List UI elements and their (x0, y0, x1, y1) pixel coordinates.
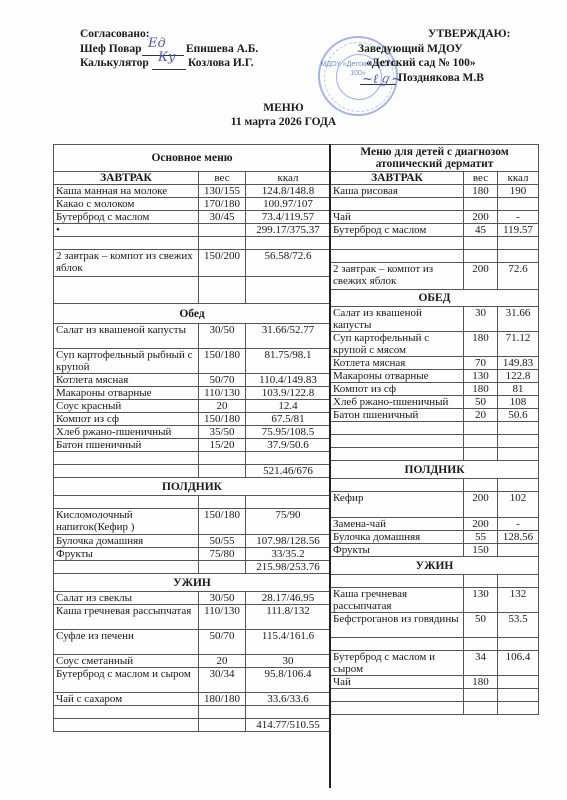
dish-kcal: 149.83 (498, 357, 539, 370)
dish-weight: 50 (464, 396, 498, 409)
dish-kcal (498, 479, 539, 492)
atopic-menu-table: Меню для детей с диагнозом атопический д… (330, 144, 539, 715)
dish-kcal: 81.75/98.1 (246, 349, 331, 374)
chef-role: Шеф Повар (80, 43, 141, 55)
dish-kcal (498, 198, 539, 211)
dish-kcal: 33.6/33.6 (246, 693, 331, 706)
table-row (54, 237, 331, 250)
table-title-row: Меню для детей с диагнозом атопический д… (331, 145, 539, 172)
dish-name (54, 706, 199, 719)
table-row: Суп картофельный с крупой с мясом18071.1… (331, 332, 539, 357)
table-row: Суп картофельный рыбный с крупой150/1808… (54, 349, 331, 374)
dish-weight: 50/70 (199, 374, 246, 387)
dish-kcal: 31.66/52.77 (246, 324, 331, 349)
table-row: Бутерброд с маслом45119.57 (331, 224, 539, 237)
dish-name: Компот из сф (54, 413, 199, 426)
dish-kcal (246, 277, 331, 304)
dish-name: Батон пшеничный (331, 409, 464, 422)
dish-weight: 20 (199, 400, 246, 413)
dish-name: Суп картофельный с крупой с мясом (331, 332, 464, 357)
dish-name: • (54, 224, 199, 237)
section-header-row: Обед (54, 304, 331, 324)
approver-name: Позднякова М.В (398, 72, 484, 84)
dish-kcal: 53.5 (498, 613, 539, 638)
dish-name: Чай с сахаром (54, 693, 199, 706)
column-header-kcal: ккал (246, 172, 331, 185)
calculator-signature: Ку (158, 50, 176, 65)
dish-weight: 50 (464, 613, 498, 638)
table-row (54, 706, 331, 719)
dish-name (54, 277, 199, 304)
column-header-weight: вес (199, 172, 246, 185)
dish-kcal (498, 676, 539, 689)
dish-name: Котлета мясная (54, 374, 199, 387)
dish-kcal (498, 575, 539, 588)
dish-name: Чай (331, 211, 464, 224)
dish-name (331, 237, 464, 250)
dish-weight (199, 237, 246, 250)
dish-weight: 130/155 (199, 185, 246, 198)
table-row: Соус сметанный2030 (54, 655, 331, 668)
dish-name (54, 561, 199, 574)
dish-weight (464, 250, 498, 263)
dish-weight: 200 (464, 492, 498, 518)
dish-weight: 35/50 (199, 426, 246, 439)
dish-weight: 130 (464, 370, 498, 383)
dish-kcal (246, 237, 331, 250)
dish-weight: 45 (464, 224, 498, 237)
dish-kcal: 110.4/149.83 (246, 374, 331, 387)
table-row: 2 завтрак – компот из свежих яблок150/20… (54, 250, 331, 277)
dish-weight (199, 277, 246, 304)
dish-weight: 150/180 (199, 349, 246, 374)
section-title-breakfast: ЗАВТРАК (54, 172, 199, 185)
table-row: Батон пшеничный2050.6 (331, 409, 539, 422)
table-row (331, 250, 539, 263)
table-row: Фрукты150 (331, 544, 539, 557)
dish-name: Котлета мясная (331, 357, 464, 370)
dish-name (331, 422, 464, 435)
dish-kcal: 132 (498, 588, 539, 613)
table-row: Бутерброд с маслом30/4573.4/119.57 (54, 211, 331, 224)
dish-kcal (498, 422, 539, 435)
document-title: МЕНЮ (0, 102, 567, 114)
dish-weight: 30/45 (199, 211, 246, 224)
dish-kcal: 108 (498, 396, 539, 409)
dish-name (331, 638, 464, 651)
table-row: Чай с сахаром180/18033.6/33.6 (54, 693, 331, 706)
dish-name: Булочка домашняя (54, 535, 199, 548)
chef-name: Епишева А.Б. (186, 43, 258, 55)
dish-kcal: 75/90 (246, 509, 331, 535)
dish-name: Бутерброд с маслом и сыром (54, 668, 199, 693)
section-title: ПОЛДНИК (331, 461, 539, 479)
section-title: ПОЛДНИК (54, 478, 331, 496)
dish-weight: 130 (464, 588, 498, 613)
dish-name: Суп картофельный рыбный с крупой (54, 349, 199, 374)
dish-kcal: 414.77/510.55 (246, 719, 331, 732)
dish-kcal: 128.56 (498, 531, 539, 544)
table-row: Каша манная на молоке130/155124.8/148.8 (54, 185, 331, 198)
dish-kcal: 106.4 (498, 651, 539, 676)
dish-weight: 34 (464, 651, 498, 676)
table-row: Булочка домашняя50/55107.98/128.56 (54, 535, 331, 548)
dish-kcal (498, 237, 539, 250)
dish-kcal: 122.8 (498, 370, 539, 383)
dish-kcal: 95.8/106.4 (246, 668, 331, 693)
section-header-row: УЖИН (54, 574, 331, 592)
calculator-name: Козлова И.Г. (188, 57, 254, 69)
dish-weight: 110/130 (199, 387, 246, 400)
dish-name: Каша гречневая рассыпчатая (54, 605, 199, 630)
table-row: Кисломолочный напиток(Кефир )150/18075/9… (54, 509, 331, 535)
dish-kcal: 71.12 (498, 332, 539, 357)
section-header-row: УЖИН (331, 557, 539, 575)
dish-kcal (498, 702, 539, 715)
table-title: Основное меню (54, 145, 331, 172)
dish-kcal (246, 452, 331, 465)
dish-kcal: 67.5/81 (246, 413, 331, 426)
dish-kcal: 33/35.2 (246, 548, 331, 561)
dish-weight: 30/50 (199, 324, 246, 349)
table-row: Котлета мясная70149.83 (331, 357, 539, 370)
dish-kcal: 124.8/148.8 (246, 185, 331, 198)
approver-signature: ~ℓℊ~ (362, 68, 402, 87)
dish-weight: 30 (464, 307, 498, 332)
table-row: Хлеб ржано-пшеничный50108 (331, 396, 539, 409)
dish-weight (199, 561, 246, 574)
dish-weight: 150/180 (199, 509, 246, 535)
dish-weight (199, 496, 246, 509)
section-title: УЖИН (54, 574, 331, 592)
dish-weight: 200 (464, 518, 498, 531)
dish-name (331, 250, 464, 263)
section-title: УЖИН (331, 557, 539, 575)
dish-kcal: - (498, 518, 539, 531)
table-title: Меню для детей с диагнозом атопический д… (331, 145, 539, 172)
table-row: Булочка домашняя55128.56 (331, 531, 539, 544)
dish-name: Салат из свеклы (54, 592, 199, 605)
dish-weight: 180 (464, 676, 498, 689)
dish-name (331, 479, 464, 492)
dish-weight: 20 (464, 409, 498, 422)
dish-kcal (498, 638, 539, 651)
section-header-row: ЗАВТРАКвесккал (331, 172, 539, 185)
dish-weight (199, 706, 246, 719)
table-row: Макароны отварные130122.8 (331, 370, 539, 383)
section-title: ОБЕД (331, 290, 539, 307)
dish-name (331, 198, 464, 211)
table-row (54, 496, 331, 509)
section-title-breakfast: ЗАВТРАК (331, 172, 464, 185)
dish-weight: 15/20 (199, 439, 246, 452)
table-row: Замена-чай200- (331, 518, 539, 531)
dish-kcal: 50.6 (498, 409, 539, 422)
dish-weight: 200 (464, 263, 498, 290)
dish-weight: 150/180 (199, 413, 246, 426)
table-title-row: Основное меню (54, 145, 331, 172)
table-row: Бефстроганов из говядины5053.5 (331, 613, 539, 638)
dish-name: Макароны отварные (331, 370, 464, 383)
dish-weight: 180 (464, 185, 498, 198)
dish-kcal (246, 496, 331, 509)
dish-kcal: 100.97/107 (246, 198, 331, 211)
dish-name: Какао с молоком (54, 198, 199, 211)
dish-name: Бутерброд с маслом (331, 224, 464, 237)
dish-kcal: 81 (498, 383, 539, 396)
dish-weight (464, 575, 498, 588)
dish-name: Бутерброд с маслом и сыром (331, 651, 464, 676)
dish-name: Хлеб ржано-пшеничный (54, 426, 199, 439)
section-title: Обед (54, 304, 331, 324)
dish-weight: 170/180 (199, 198, 246, 211)
dish-kcal: 30 (246, 655, 331, 668)
table-row: Макароны отварные110/130103.9/122.8 (54, 387, 331, 400)
dish-weight (464, 422, 498, 435)
dish-weight: 75/80 (199, 548, 246, 561)
dish-name: Каша гречневая рассыпчатая (331, 588, 464, 613)
dish-kcal: 56.58/72.6 (246, 250, 331, 277)
dish-weight (464, 479, 498, 492)
table-row: Компот из сф18081 (331, 383, 539, 396)
dish-name: Суфле из печени (54, 630, 199, 655)
section-header-row: ПОЛДНИК (54, 478, 331, 496)
dish-name: Замена-чай (331, 518, 464, 531)
dish-name: Батон пшеничный (54, 439, 199, 452)
table-row: Суфле из печени50/70115.4/161.6 (54, 630, 331, 655)
dish-weight: 30/50 (199, 592, 246, 605)
dish-weight (199, 719, 246, 732)
dish-weight: 50/70 (199, 630, 246, 655)
calculator-signature-line (152, 69, 186, 70)
dish-kcal: 31.66 (498, 307, 539, 332)
dish-name: Кефир (331, 492, 464, 518)
dish-kcal (498, 689, 539, 702)
dish-kcal (498, 435, 539, 448)
dish-name: Бефстроганов из говядины (331, 613, 464, 638)
dish-weight (464, 198, 498, 211)
table-row (331, 702, 539, 715)
chef-signature: Ед (148, 36, 166, 51)
dish-name: Каша рисовая (331, 185, 464, 198)
dish-kcal: 72.6 (498, 263, 539, 290)
dish-kcal: 119.57 (498, 224, 539, 237)
dish-kcal (498, 544, 539, 557)
table-row (54, 277, 331, 304)
approval-left-label: Согласовано: (80, 28, 150, 40)
dish-weight (464, 435, 498, 448)
dish-name (331, 448, 464, 461)
dish-name: Хлеб ржано-пшеничный (331, 396, 464, 409)
table-row (331, 638, 539, 651)
dish-weight (464, 237, 498, 250)
table-row: Бутерброд с маслом и сыром30/3495.8/106.… (54, 668, 331, 693)
column-header-weight: вес (464, 172, 498, 185)
dish-weight (464, 689, 498, 702)
table-row: 414.77/510.55 (54, 719, 331, 732)
dish-name: Макароны отварные (54, 387, 199, 400)
dish-weight: 110/130 (199, 605, 246, 630)
table-row: Чай200- (331, 211, 539, 224)
table-row: Какао с молоком170/180100.97/107 (54, 198, 331, 211)
dish-weight (199, 224, 246, 237)
dish-name (331, 689, 464, 702)
dish-kcal: 111.8/132 (246, 605, 331, 630)
column-header-kcal: ккал (498, 172, 539, 185)
dish-name: Салат из квашеной капусты (54, 324, 199, 349)
dish-kcal: 115.4/161.6 (246, 630, 331, 655)
dish-name (54, 452, 199, 465)
approval-right-label: УТВЕРЖДАЮ: (428, 28, 510, 40)
dish-name: 2 завтрак – компот из свежих яблок (331, 263, 464, 290)
dish-name: Соус сметанный (54, 655, 199, 668)
dish-weight (464, 702, 498, 715)
dish-weight: 200 (464, 211, 498, 224)
table-row: Кефир200102 (331, 492, 539, 518)
table-row (331, 448, 539, 461)
table-row: Чай180 (331, 676, 539, 689)
dish-name (331, 702, 464, 715)
dish-name: Соус красный (54, 400, 199, 413)
dish-kcal: 37.9/50.6 (246, 439, 331, 452)
dish-name (331, 435, 464, 448)
dish-kcal (246, 706, 331, 719)
dish-kcal: 190 (498, 185, 539, 198)
dish-weight (464, 638, 498, 651)
dish-name: Булочка домашняя (331, 531, 464, 544)
dish-kcal: 299.17/375.37 (246, 224, 331, 237)
table-row (331, 435, 539, 448)
table-row: Батон пшеничный15/2037.9/50.6 (54, 439, 331, 452)
dish-kcal (498, 448, 539, 461)
dish-kcal: 521.46/676 (246, 465, 331, 478)
dish-kcal: 28.17/46.95 (246, 592, 331, 605)
dish-kcal: 75.95/108.5 (246, 426, 331, 439)
dish-weight (199, 452, 246, 465)
dish-name (54, 496, 199, 509)
dish-weight: 50/55 (199, 535, 246, 548)
dish-kcal (498, 250, 539, 263)
table-row (331, 575, 539, 588)
dish-weight: 180 (464, 383, 498, 396)
dish-weight: 180 (464, 332, 498, 357)
table-row: Компот из сф150/18067.5/81 (54, 413, 331, 426)
dish-weight: 180/180 (199, 693, 246, 706)
dish-name (54, 719, 199, 732)
table-divider (329, 144, 331, 788)
dish-kcal: 12.4 (246, 400, 331, 413)
approver-position: Заведующий МДОУ (358, 43, 463, 55)
main-menu-table: Основное менюЗАВТРАКвесккалКаша манная н… (53, 144, 331, 732)
table-row: Бутерброд с маслом и сыром34106.4 (331, 651, 539, 676)
table-row (331, 689, 539, 702)
dish-name: Фрукты (54, 548, 199, 561)
table-row: 2 завтрак – компот из свежих яблок20072.… (331, 263, 539, 290)
table-row: 215.98/253.76 (54, 561, 331, 574)
dish-name: Компот из сф (331, 383, 464, 396)
dish-name (54, 237, 199, 250)
table-row (331, 237, 539, 250)
table-row: Хлеб ржано-пшеничный35/5075.95/108.5 (54, 426, 331, 439)
dish-name: Фрукты (331, 544, 464, 557)
dish-name: Бутерброд с маслом (54, 211, 199, 224)
dish-kcal: - (498, 211, 539, 224)
table-row: Салат из квашеной капусты30/5031.66/52.7… (54, 324, 331, 349)
dish-weight: 150/200 (199, 250, 246, 277)
table-row (331, 479, 539, 492)
table-row: Каша рисовая180190 (331, 185, 539, 198)
dish-kcal: 103.9/122.8 (246, 387, 331, 400)
dish-weight: 20 (199, 655, 246, 668)
calculator-role: Калькулятор (80, 57, 149, 69)
table-row: Салат из свеклы30/5028.17/46.95 (54, 592, 331, 605)
dish-name (54, 465, 199, 478)
dish-weight: 70 (464, 357, 498, 370)
table-row: 521.46/676 (54, 465, 331, 478)
table-row (331, 198, 539, 211)
section-header-row: ОБЕД (331, 290, 539, 307)
dish-name: Каша манная на молоке (54, 185, 199, 198)
table-row: •299.17/375.37 (54, 224, 331, 237)
table-row (331, 422, 539, 435)
dish-kcal: 107.98/128.56 (246, 535, 331, 548)
table-row: Каша гречневая рассыпчатая130132 (331, 588, 539, 613)
dish-name: Салат из квашеной капусты (331, 307, 464, 332)
dish-kcal: 73.4/119.57 (246, 211, 331, 224)
dish-name: Чай (331, 676, 464, 689)
table-row (54, 452, 331, 465)
table-row: Салат из квашеной капусты3031.66 (331, 307, 539, 332)
dish-name: 2 завтрак – компот из свежих яблок (54, 250, 199, 277)
table-row: Соус красный2012.4 (54, 400, 331, 413)
dish-weight: 30/34 (199, 668, 246, 693)
table-row: Котлета мясная50/70110.4/149.83 (54, 374, 331, 387)
dish-name: Кисломолочный напиток(Кефир ) (54, 509, 199, 535)
dish-weight: 55 (464, 531, 498, 544)
dish-name (331, 575, 464, 588)
table-row: Каша гречневая рассыпчатая110/130111.8/1… (54, 605, 331, 630)
dish-weight (464, 448, 498, 461)
document-date: 11 марта 2026 ГОДА (0, 116, 567, 128)
table-row: Фрукты75/8033/35.2 (54, 548, 331, 561)
section-header-row: ПОЛДНИК (331, 461, 539, 479)
dish-weight: 150 (464, 544, 498, 557)
dish-kcal: 102 (498, 492, 539, 518)
section-header-row: ЗАВТРАКвесккал (54, 172, 331, 185)
dish-kcal: 215.98/253.76 (246, 561, 331, 574)
dish-weight (199, 465, 246, 478)
